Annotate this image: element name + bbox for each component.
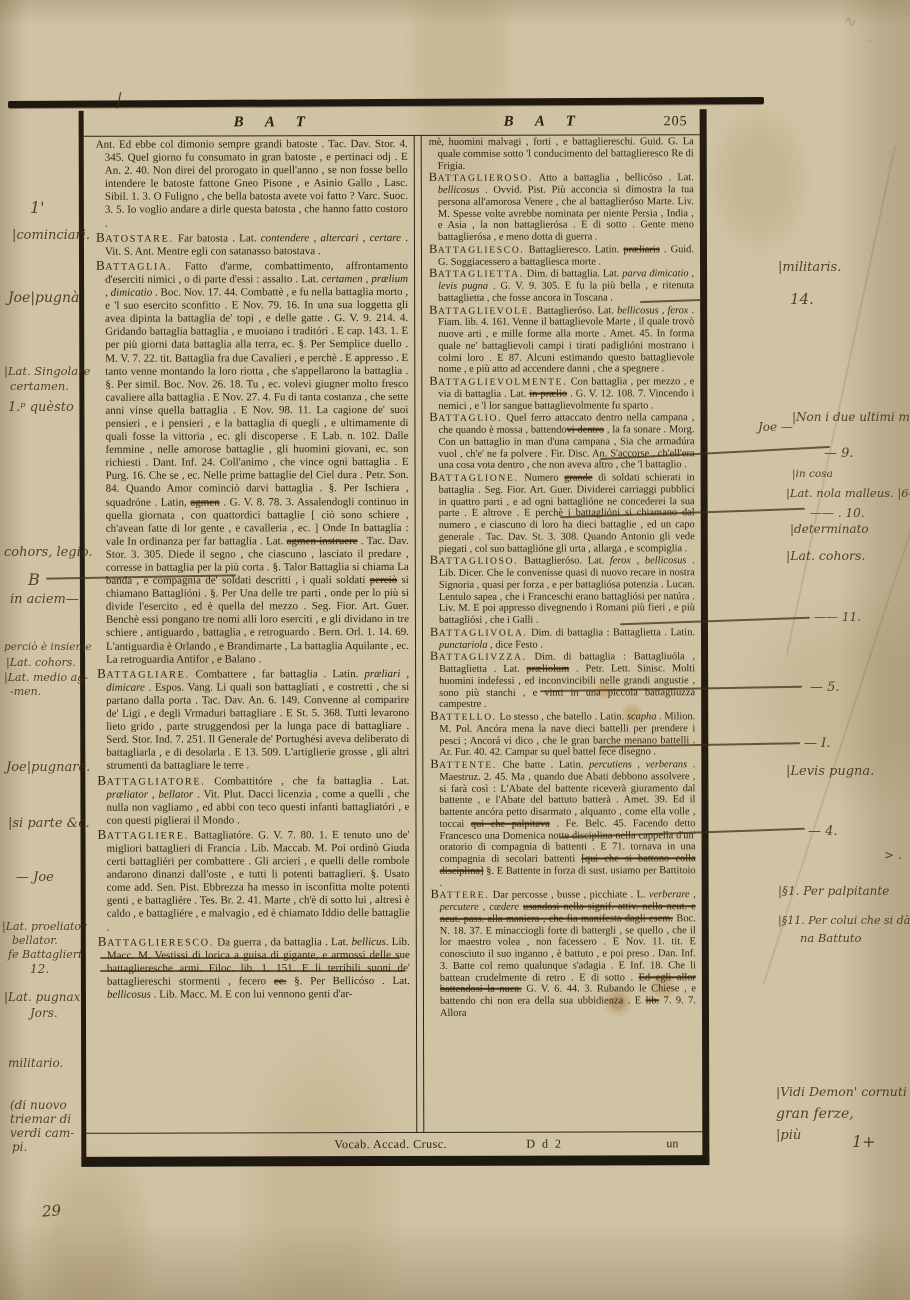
entry-term: BATOSTARE. <box>96 233 174 244</box>
catchword: un <box>666 1136 678 1151</box>
entry-term: BATTAGLIA. <box>96 261 172 272</box>
marginal-annotation: certamen. <box>10 379 69 393</box>
entry-term: BATTAGLIESCO. <box>429 244 525 255</box>
marginal-annotation: 12. <box>30 962 49 976</box>
continuation-paragraph: mè, huomini malvagi , forti , e battagli… <box>429 136 694 172</box>
paper-crease <box>786 146 896 655</box>
marginal-annotation: verdi cam- <box>10 1126 74 1140</box>
marginal-annotation: — I. <box>804 736 830 751</box>
marginal-annotation: |Lat. cohors. <box>6 656 76 669</box>
entry-term: BATTAGLIERE. <box>98 830 189 841</box>
marginal-annotation: |si parte &c. <box>8 816 90 831</box>
imprint: Vocab. Accad. Crusc. <box>334 1137 447 1152</box>
marginal-annotation: pi. <box>12 1140 27 1154</box>
dictionary-entry: BATTAGLIETTA. Dim. di battaglia. Lat. pa… <box>429 267 694 304</box>
dictionary-entry: BATTAGLIVOLA. Dim. di battaglia : Battag… <box>430 626 695 651</box>
entry-body: Fatto d'arme, combattimento, affrontamen… <box>105 260 409 666</box>
left-column: Ant. Ed ebbe col dimonio sempre grandi b… <box>84 135 415 1134</box>
marginal-annotation: — Joe <box>16 870 54 885</box>
dictionary-entry: BATTAGLIATORE. Combattitóre , che fa bat… <box>97 772 409 827</box>
marginal-annotation: -men. <box>10 685 41 698</box>
marginal-annotation: —— . 10. <box>810 506 865 520</box>
marginal-annotation: |Lat. nola malleus. |6-15. <box>786 486 910 500</box>
entry-term: BATTAGLIEVOLE. <box>429 305 533 316</box>
marginal-annotation: cohors, legio. <box>4 545 93 560</box>
header-right-title: B A T <box>504 114 584 131</box>
text-columns: Ant. Ed ebbe col dimonio sempre grandi b… <box>84 134 703 1134</box>
dictionary-entry: BATTAGLIEVOLE. Battaglieróso. Lat. belli… <box>429 304 694 376</box>
marginal-annotation: bellator. <box>12 934 58 947</box>
running-header: B A T B A T 205 <box>84 109 700 137</box>
marginal-annotation: |Lat. pugnax <box>4 990 80 1004</box>
entry-term: BATTELLO. <box>430 712 497 723</box>
dictionary-entry: BATTAGLIARE. Combattere , far battaglia … <box>97 666 409 774</box>
marginal-annotation: |determinato <box>790 522 869 536</box>
marginal-annotation: Joe|pugnare. <box>6 760 90 775</box>
footer: Vocab. Accad. Crusc. D d 2 un <box>86 1131 702 1157</box>
marginal-annotation: |Lat. medio ag- <box>4 671 88 684</box>
marginal-annotation: B <box>28 570 40 589</box>
dictionary-entry: BATTELLO. Lo stesso , che batello . Lati… <box>430 710 695 759</box>
dictionary-entry: BATTAGLIERE. Battagliatóre. G. V. 7. 80.… <box>97 827 409 935</box>
marginal-annotation: — 9. <box>824 446 854 461</box>
marginal-annotation: |§11. Per colui che si dà la discipli- <box>778 914 910 927</box>
marginal-annotation: 1+ <box>852 1132 876 1151</box>
marginal-annotation: 29 <box>41 1201 61 1220</box>
continuation-paragraph: Ant. Ed ebbe col dimonio sempre grandi b… <box>96 138 408 230</box>
entry-term: BATTAGLIVOLA. <box>430 627 528 638</box>
marginal-annotation: Joe|pugnà <box>8 290 79 306</box>
marginal-annotation: |cominciari. <box>12 228 90 243</box>
marginal-annotation: —— 11. <box>814 610 861 624</box>
entry-term: BATTAGLIARE. <box>97 669 190 680</box>
marginal-annotation: triemar di <box>10 1112 71 1126</box>
entry-term: BATTAGLIEROSO. <box>429 173 533 184</box>
marginal-annotation: |Levis pugna. <box>786 764 874 779</box>
marginal-annotation: — 5. <box>810 680 840 695</box>
entry-body: mè, huomini malvagi , forti , e battagli… <box>429 136 694 171</box>
entry-term: BATTAGLIEVOLMENTE. <box>429 377 567 388</box>
marginal-annotation: — 4. <box>808 824 838 839</box>
marginal-annotation: in aciem— <box>10 592 79 607</box>
dictionary-entry: BATTAGLIVZZA. Dim. di battaglia : Battag… <box>430 650 695 710</box>
entry-term: BATTAGLIO. <box>429 413 502 424</box>
entry-body: Combattere , far battaglia . Latin. præl… <box>106 668 409 772</box>
entry-term: BATTAGLIETTA. <box>429 269 524 280</box>
entry-term: BATTAGLIOSO. <box>430 556 519 567</box>
marginal-annotation: militario. <box>8 1056 63 1070</box>
ink-line <box>100 957 400 959</box>
marginal-annotation: |in cosa <box>792 468 833 480</box>
dictionary-entry: BATTERE. Dar percosse , busse , picchiat… <box>431 888 696 1019</box>
page-number: 205 <box>664 114 688 130</box>
entry-term: BATTAGLIATORE. <box>97 776 205 787</box>
header-left-title: B A T <box>234 114 314 131</box>
marginal-annotation: > . <box>884 848 902 862</box>
marginal-annotation: |§1. Per palpitante <box>778 884 889 898</box>
marginal-annotation: perciò è insieme <box>4 641 92 653</box>
ink-line <box>100 970 405 972</box>
marginal-annotation: Joe — <box>758 420 793 434</box>
dictionary-entry: BATTAGLIOSO. Battaglieróso. Lat. ferox ,… <box>430 554 695 626</box>
dictionary-entry: BATOSTARE. Far batosta . Lat. contendere… <box>96 230 408 259</box>
dictionary-entry: BATTAGLIERESCO. Da guerra , da battaglia… <box>98 934 410 1002</box>
marginal-annotation: fe Battaglieri <box>8 948 81 961</box>
entry-body: Battagliatóre. G. V. 7. 80. 1. E tenuto … <box>107 829 410 933</box>
marginal-annotation: na Battuto <box>800 931 861 945</box>
marginal-annotation: ′′ <box>865 38 873 54</box>
dictionary-entry: BATTAGLIEVOLMENTE. Con battaglia , per m… <box>429 375 694 412</box>
marginal-annotation: |Lat. cohors. <box>786 548 865 563</box>
entry-body: Ant. Ed ebbe col dimonio sempre grandi b… <box>96 138 408 229</box>
marginal-annotation: |Non i due ultimi motivo &c. <box>792 410 910 424</box>
marginal-annotation: |Lat. proeliator <box>2 920 86 933</box>
scanned-dictionary-page: B A T B A T 205 Ant. Ed ebbe col dimonio… <box>0 0 910 1300</box>
entry-term: BATTENTE. <box>430 760 497 771</box>
entry-body: Che batte . Latin. percutiens , verberan… <box>439 759 695 888</box>
marginal-annotation: 1' <box>30 198 45 217</box>
dictionary-entry: BATTAGLIEROSO. Atto a battaglia , bellic… <box>429 171 694 243</box>
marginal-annotation: ∿ <box>841 11 857 32</box>
marginal-annotation: Jors. <box>30 1006 58 1020</box>
dictionary-entry: BATTENTE. Che batte . Latin. percutiens … <box>430 758 695 889</box>
marginal-annotation: |militaris. <box>778 260 841 275</box>
marginal-annotation: (di nuovo <box>10 1098 67 1112</box>
entry-term: BATTAGLIVZZA. <box>430 652 527 663</box>
column-divider-rule <box>414 135 425 1133</box>
print-frame: B A T B A T 205 Ant. Ed ebbe col dimonio… <box>79 109 710 1167</box>
entry-term: BATTAGLIONE. <box>430 473 519 484</box>
entry-term: BATTERE. <box>431 890 490 901</box>
marginal-annotation: |Vidi Demon' cornuti con <box>776 1084 910 1099</box>
entry-term: BATTAGLIERESCO. <box>98 937 214 948</box>
marginal-annotation: 1.ᵖ quèsto <box>8 400 74 415</box>
dictionary-entry: BATTAGLIO. Quel ferro attaccato dentro n… <box>429 411 694 471</box>
right-column: mè, huomini malvagi , forti , e battagli… <box>424 134 703 1133</box>
marginal-annotation: gran ferze, <box>776 1106 854 1122</box>
marginal-annotation: |Lat. Singolare <box>4 364 90 378</box>
gathering-signature: D d 2 <box>526 1137 563 1152</box>
entry-body: Dar percosse , busse , picchiate . L. ve… <box>440 889 696 1018</box>
marginal-annotation: 14. <box>790 290 814 308</box>
marginal-annotation: |più <box>776 1128 801 1143</box>
dictionary-entry: BATTAGLIA. Fatto d'arme, combattimento, … <box>96 258 409 667</box>
dictionary-entry: BATTAGLIESCO. Battaglieresco. Latin. præ… <box>429 243 694 268</box>
